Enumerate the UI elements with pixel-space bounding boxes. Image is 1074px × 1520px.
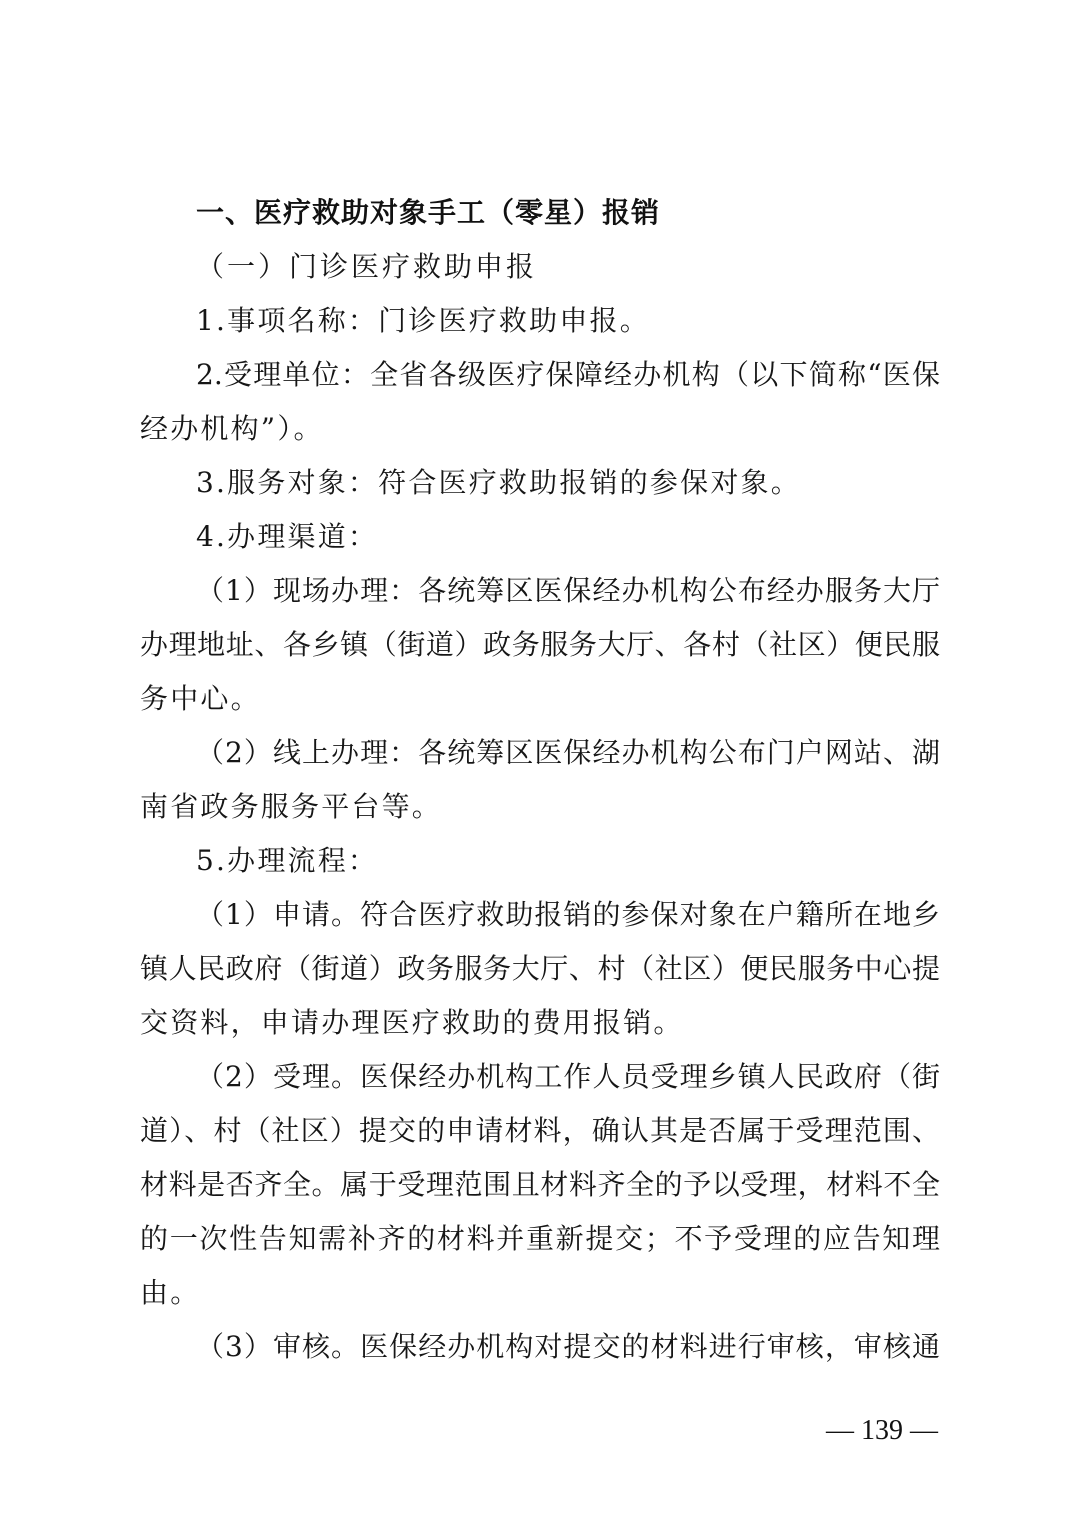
paragraph-line: 南省政务服务平台等。 — [140, 790, 940, 824]
paragraph-line: 由。 — [140, 1276, 940, 1310]
paragraph-line: 办理地址、各乡镇（街道）政务服务大厅、各村（社区）便民服 — [140, 628, 940, 662]
paragraph-line: 材料是否齐全。属于受理范围且材料齐全的予以受理，材料不全 — [140, 1168, 940, 1202]
paragraph-line: 务中心。 — [140, 682, 940, 716]
paragraph-line: 的一次性告知需补齐的材料并重新提交；不予受理的应告知理 — [140, 1222, 940, 1256]
subsection-title: （一）门诊医疗救助申报 — [196, 250, 940, 284]
paragraph-line: （1）申请。符合医疗救助报销的参保对象在户籍所在地乡 — [196, 898, 940, 932]
page-number: — 139 — — [826, 1414, 938, 1448]
paragraph-line: （2）线上办理：各统筹区医保经办机构公布门户网站、湖 — [196, 736, 940, 770]
paragraph-line: 交资料，申请办理医疗救助的费用报销。 — [140, 1006, 940, 1040]
document-page: 一、医疗救助对象手工（零星）报销 （一）门诊医疗救助申报 1.事项名称：门诊医疗… — [0, 0, 1074, 1520]
paragraph-line: （1）现场办理：各统筹区医保经办机构公布经办服务大厅 — [196, 574, 940, 608]
paragraph-line: 5.办理流程： — [196, 844, 940, 878]
section-title: 一、医疗救助对象手工（零星）报销 — [196, 195, 660, 231]
paragraph-line: 4.办理渠道： — [196, 520, 940, 554]
paragraph-line: 1.事项名称：门诊医疗救助申报。 — [196, 304, 940, 338]
paragraph-line: 经办机构”）。 — [140, 412, 940, 446]
paragraph-line: 道）、村（社区）提交的申请材料，确认其是否属于受理范围、 — [140, 1114, 940, 1148]
paragraph-line: 2.受理单位：全省各级医疗保障经办机构（以下简称“医保 — [196, 358, 940, 392]
paragraph-line: （2）受理。医保经办机构工作人员受理乡镇人民政府（街 — [196, 1060, 940, 1094]
paragraph-line: （3）审核。医保经办机构对提交的材料进行审核，审核通 — [196, 1330, 940, 1364]
paragraph-line: 镇人民政府（街道）政务服务大厅、村（社区）便民服务中心提 — [140, 952, 940, 986]
paragraph-line: 3.服务对象：符合医疗救助报销的参保对象。 — [196, 466, 940, 500]
